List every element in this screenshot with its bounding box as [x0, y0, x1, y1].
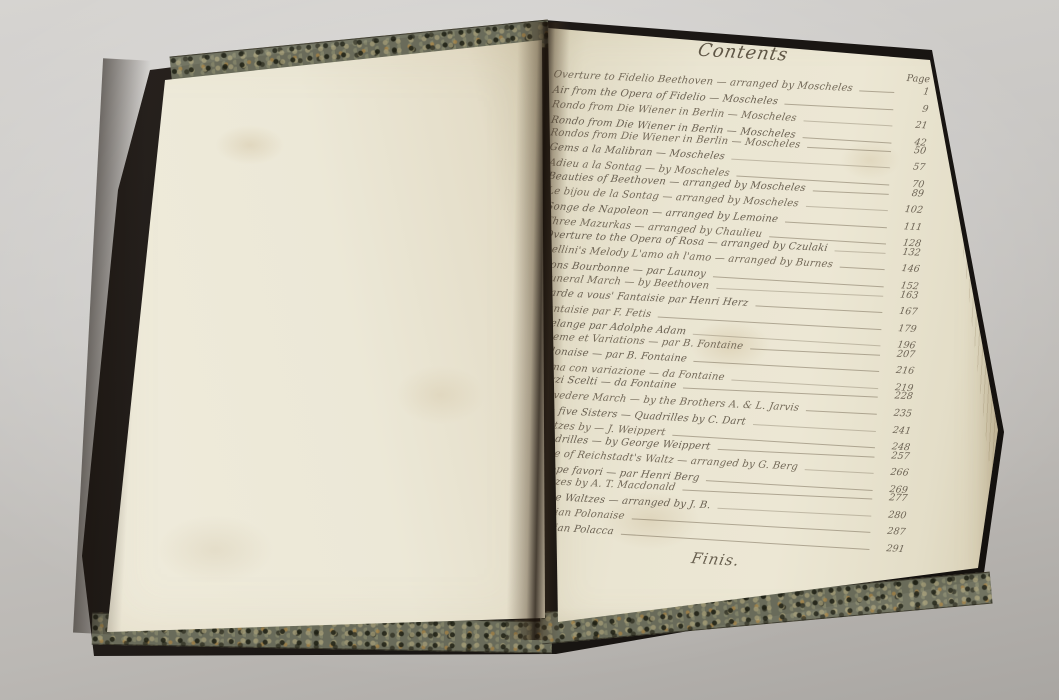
entry-page-number: 167 [887, 305, 919, 317]
leader-line [835, 250, 886, 254]
entry-page-number: 132 [890, 246, 922, 258]
entry-page-number: 207 [884, 347, 916, 359]
entry-page-number: 257 [879, 449, 911, 461]
entry-page-number: 89 [893, 187, 925, 199]
leader-line [806, 206, 888, 211]
entry-page-number: 9 [898, 102, 930, 114]
leader-line [807, 147, 891, 152]
entry-page-number: 1 [899, 85, 931, 97]
page-stain [395, 365, 485, 425]
leader-line [806, 410, 877, 415]
entry-page-number: 280 [876, 508, 908, 520]
entry-page-number: 235 [881, 407, 913, 419]
entry-page-number: 287 [875, 525, 907, 538]
leader-line [805, 469, 874, 474]
entry-page-number: 291 [874, 542, 906, 555]
entry-page-number: 241 [880, 423, 912, 436]
entry-page-number: 21 [897, 118, 929, 131]
entry-page-number: 277 [876, 492, 908, 504]
leader-line [803, 120, 892, 126]
entry-page-number: 146 [889, 263, 921, 276]
photo-backdrop: Contents Page Overture to Fidelio Beetho… [0, 0, 1059, 700]
contents-list: Overture to Fidelio Beethoven — arranged… [529, 66, 930, 551]
page-stain [155, 515, 275, 585]
entry-page-number: 179 [886, 322, 918, 335]
entry-page-number: 163 [887, 288, 919, 300]
contents-page: Contents Page Overture to Fidelio Beetho… [540, 20, 1000, 635]
entry-page-number: 216 [883, 364, 915, 377]
entry-page-number: 102 [892, 203, 924, 215]
contents-text-block: Contents Page Overture to Fidelio Beetho… [528, 32, 932, 578]
page-stain [215, 125, 285, 165]
entry-page-number: 266 [878, 466, 910, 479]
entry-page-number: 57 [894, 161, 926, 174]
left-blank-page [95, 35, 550, 640]
leader-line [840, 267, 885, 270]
leader-line [813, 190, 889, 195]
leader-line [860, 90, 895, 93]
entry-page-number: 111 [891, 220, 923, 233]
entry-page-number: 50 [895, 144, 927, 156]
entry-page-number: 228 [882, 390, 914, 402]
